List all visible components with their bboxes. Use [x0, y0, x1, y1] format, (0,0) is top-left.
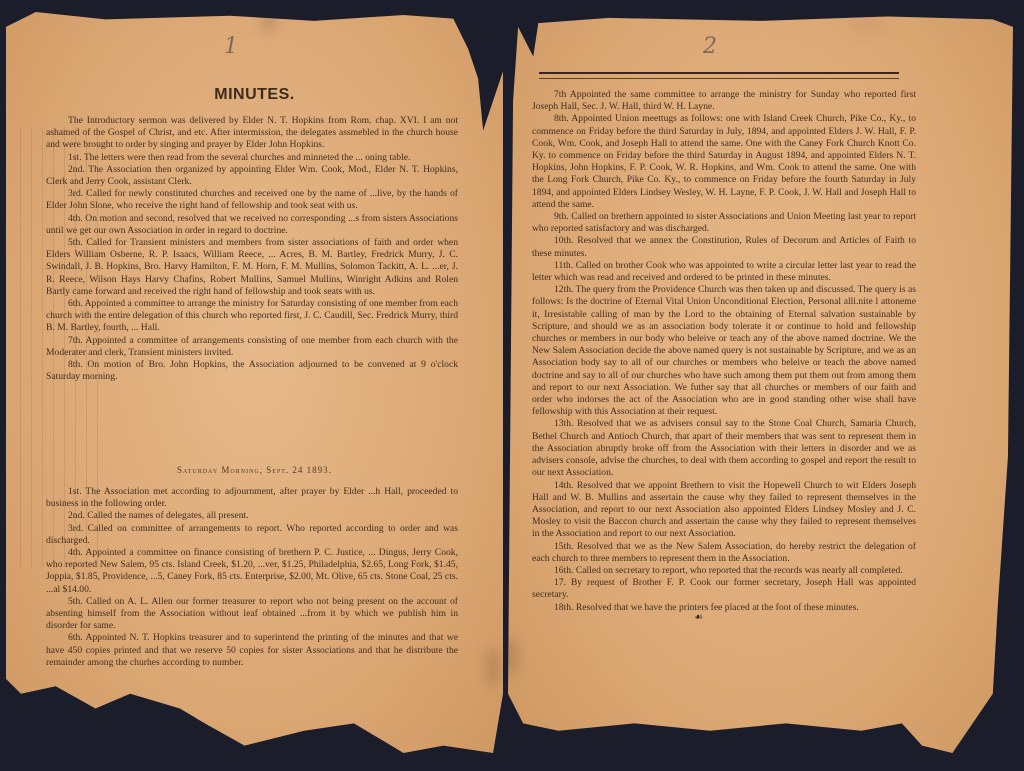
header-rule [539, 72, 899, 74]
paragraph: 5th. Called on A. L. Allen our former tr… [46, 596, 458, 633]
paragraph: 6th. Appointed N. T. Hopkins treasurer a… [46, 632, 458, 669]
paragraph: 18th. Resolved that we have the printers… [532, 602, 916, 614]
scanned-document-spread: 1 MINUTES. The Introductory sermon was d… [0, 0, 1024, 771]
paragraph: 3rd. Called on committee of arrangements… [46, 523, 458, 547]
page-number: 2 [703, 34, 717, 59]
printer-ornament-icon: ☙ [694, 612, 703, 623]
continued-minutes: 7th Appointed the same committee to arra… [532, 89, 916, 614]
paragraph: 4th. On motion and second, resolved that… [46, 213, 458, 237]
paragraph: 15th. Resolved that we as the New Salem … [532, 541, 916, 565]
paragraph: 7th. Appointed a committee of arrangemen… [46, 335, 458, 359]
paragraph: 8th. On motion of Bro. John Hopkins, the… [46, 359, 458, 383]
paragraph: 6th. Appointed a committee to arrange th… [46, 298, 458, 335]
paragraph: 9th. Called on brethern appointed to sis… [532, 211, 916, 235]
spine-gap [503, 0, 508, 771]
header-rule-thin [539, 78, 899, 79]
paragraph: The Introductory sermon was delivered by… [46, 115, 458, 152]
paragraph: 2nd. The Association then organized by a… [46, 164, 458, 188]
paragraph: 1st. The Association met according to ad… [46, 486, 458, 510]
paragraph: 14th. Resolved that we appoint Brethern … [532, 480, 916, 541]
paragraph: 2nd. Called the names of delegates, all … [46, 510, 458, 522]
paragraph: 4th. Appointed a committee on finance co… [46, 547, 458, 596]
left-page: 1 MINUTES. The Introductory sermon was d… [6, 12, 503, 753]
paragraph: 16th. Called on secretary to report, who… [532, 565, 916, 577]
paragraph: 13th. Resolved that we as advisers consu… [532, 418, 916, 479]
right-page: 2 7th Appointed the same committee to ar… [508, 12, 1013, 753]
paragraph: 17. By request of Brother F. P. Cook our… [532, 577, 916, 601]
paragraph: 7th Appointed the same committee to arra… [532, 89, 916, 113]
binding-stain [486, 647, 500, 687]
page-title: MINUTES. [6, 86, 503, 104]
paragraph: 1st. The letters were then read from the… [46, 152, 458, 164]
paragraph: 5th. Called for Transient ministers and … [46, 237, 458, 298]
paragraph: 12th. The query from the Providence Chur… [532, 284, 916, 418]
paragraph: 3rd. Called for newly constituted church… [46, 188, 458, 212]
friday-minutes: The Introductory sermon was delivered by… [46, 115, 458, 383]
saturday-heading: Saturday Morning, Sept. 24 1893. [6, 465, 503, 475]
page-number: 1 [224, 34, 238, 59]
stain [261, 12, 277, 32]
saturday-minutes: 1st. The Association met according to ad… [46, 486, 458, 669]
stain [848, 14, 884, 32]
paragraph: 10th. Resolved that we annex the Constit… [532, 235, 916, 259]
paragraph: 8th. Appointed Union meettugs as follows… [532, 113, 916, 211]
paragraph: 11th. Called on brother Cook who was app… [532, 260, 916, 284]
